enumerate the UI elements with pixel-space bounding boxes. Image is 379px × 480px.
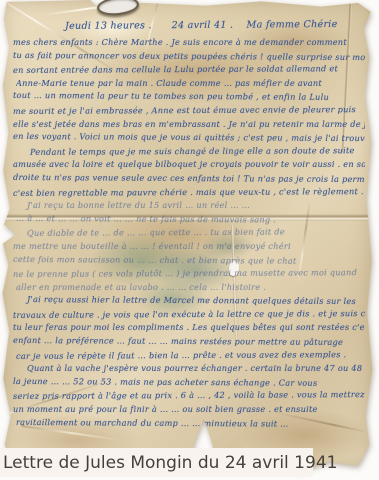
letter-line: Quant à la vache j'espère vous pourrez é… bbox=[13, 362, 365, 376]
paper-wrapper: Jeudi 13 heures . 24 avril 41 . Ma femme… bbox=[1, 0, 373, 473]
letter-line: me mettre une bouteille à … … ! éventail… bbox=[13, 240, 365, 254]
handwritten-text: Jeudi 13 heures . 24 avril 41 . Ma femme… bbox=[13, 20, 365, 430]
letter-line: aller en promenade et au lavabo . … … ce… bbox=[16, 281, 365, 295]
aged-letter-paper: Jeudi 13 heures . 24 avril 41 . Ma femme… bbox=[1, 0, 373, 473]
letter-line: droite tu n'es pas venue seule avec ces … bbox=[13, 171, 365, 187]
letter-line: mes chers enfants : Chère Marthe . Je su… bbox=[13, 36, 365, 50]
letter-line: tu leur feras pour moi les compliments .… bbox=[13, 321, 365, 335]
caption-bar: Lettre de Jules Mongin du 24 avril 1941 bbox=[0, 448, 313, 477]
letter-line: J'ai reçu ta bonne lettre du 15 avril … … bbox=[13, 199, 365, 213]
letter-line: seriez pris rapport à l'âge et au prix .… bbox=[13, 389, 365, 404]
letter-line: ne le prenne plus ( ces vols plutôt … ) … bbox=[13, 266, 365, 281]
caption-text: Lettre de Jules Mongin du 24 avril 1941 bbox=[0, 453, 337, 473]
letter-line: c'est bien regrettable ma pauvre chérie … bbox=[13, 185, 365, 200]
letter-line: amusée avec la loire et quelque bilboque… bbox=[13, 158, 365, 172]
letter-date-heading: Jeudi 13 heures . 24 avril 41 . Ma femme… bbox=[13, 19, 365, 37]
letter-line: Que diable de te … de … … que cette … . … bbox=[13, 225, 365, 240]
letter-line: elle s'est jetée dans mes bras en m'embr… bbox=[13, 118, 365, 132]
letter-line: me sourit et je l'ai embrassée , Anne es… bbox=[13, 103, 365, 118]
letter-line: ravitaillement ou marchand du camp … … m… bbox=[16, 416, 365, 432]
letter-line: en sortant entrée dans ma cellule la Lul… bbox=[13, 62, 365, 77]
letter-line: Pendant le temps que je me suis changé d… bbox=[16, 144, 365, 159]
letter-line: travaux de culture . je vois que l'on ex… bbox=[13, 307, 365, 322]
letter-photograph: Jeudi 13 heures . 24 avril 41 . Ma femme… bbox=[0, 0, 379, 480]
letter-line: un moment au pré pour la finir à … … ou … bbox=[13, 403, 365, 417]
letter-line: car je vous le répète il faut … bien la … bbox=[16, 348, 365, 363]
